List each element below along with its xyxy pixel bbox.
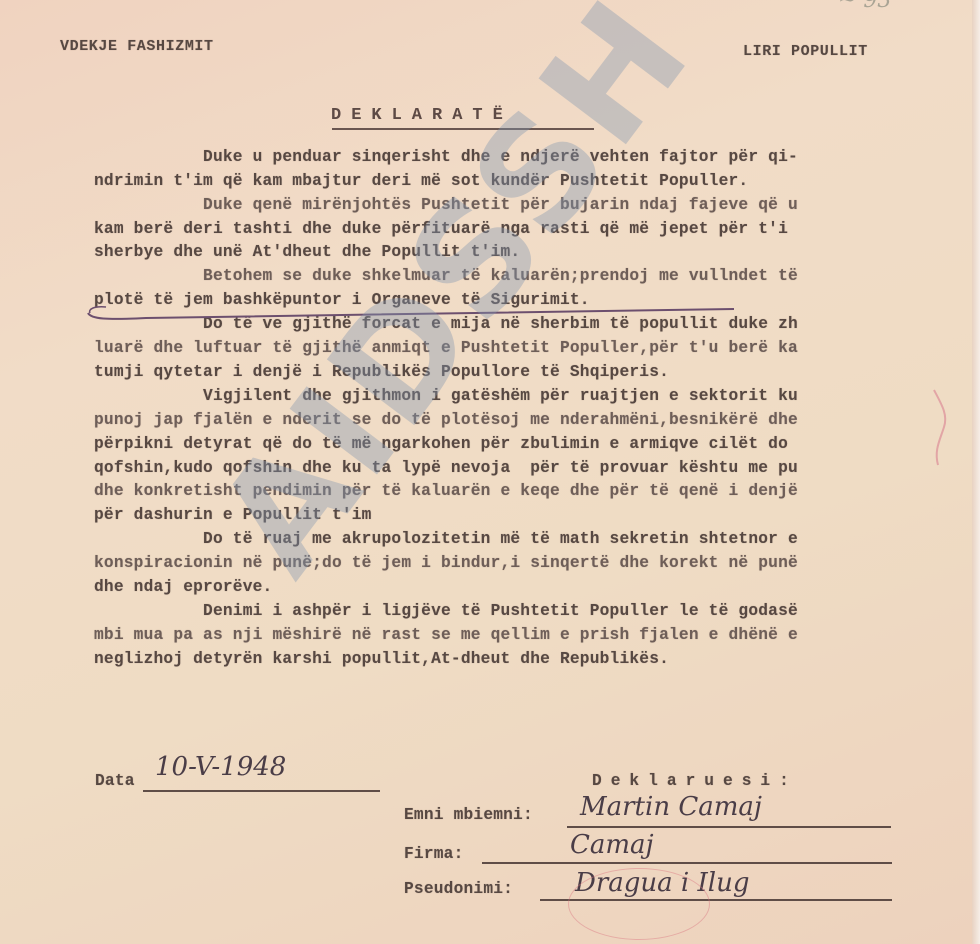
- body-line: përpikni detyrat që do të më ngarkohen p…: [94, 435, 788, 453]
- field-value-name: Martin Camaj: [580, 792, 762, 822]
- field-label-name: Emni mbiemni:: [404, 806, 533, 824]
- page-edge: [972, 0, 980, 944]
- body-line: konspiracionin në punë;do të jem i bindu…: [94, 554, 798, 572]
- header-right-slogan: LIRI POPULLIT: [743, 43, 868, 60]
- date-line: [143, 790, 380, 792]
- document-title: DEKLARATË: [331, 106, 513, 125]
- body-line: dhe konkretisht pendimin për të kaluarën…: [94, 482, 798, 500]
- body-line: sherbye dhe unë At'dheut dhe Popullit t'…: [94, 243, 520, 261]
- date-label: Data: [95, 772, 135, 790]
- body-line: neglizhoj detyrën karshi popullit,At-dhe…: [94, 650, 669, 668]
- body-line: luarë dhe luftuar të gjithë anmiqt e Pus…: [94, 339, 798, 357]
- red-stamp-trace: [568, 868, 710, 940]
- field-value-signature: Camaj: [570, 830, 654, 860]
- red-pencil-mark: [928, 385, 958, 485]
- field-label-signature: Firma:: [404, 845, 464, 863]
- body-line: tumji qytetar i denjë i Republikës Popul…: [94, 363, 669, 381]
- pen-underline-mark: [86, 299, 736, 323]
- body-line: qofshin,kudo qofshin dhe ku ta lypë nevo…: [94, 459, 798, 477]
- header-left-slogan: VDEKJE FASHIZMIT: [60, 38, 214, 55]
- body-line: kam berë deri tashti dhe duke përfituarë…: [94, 220, 788, 238]
- body-line: Betohem se duke shkelmuar të kaluarën;pr…: [94, 267, 798, 285]
- body-line: punoj jap fjalën e nderit se do të plotë…: [94, 411, 798, 429]
- date-value: 10-V-1948: [155, 752, 286, 782]
- title-underline: [332, 128, 594, 130]
- field-line-signature: [482, 862, 892, 864]
- declarant-heading: Deklaruesi:: [592, 772, 798, 790]
- body-line: Denimi i ashpër i ligjëve të Pushtetit P…: [94, 602, 798, 620]
- body-line: dhe ndaj eprorëve.: [94, 578, 272, 596]
- body-line: për dashurin e Popullit t'im: [94, 506, 372, 524]
- body-line: Do të ruaj me akrupolozitetin më të math…: [94, 530, 798, 548]
- field-line-name: [567, 826, 891, 828]
- body-line: ndrimin t'im që kam mbajtur deri më sot …: [94, 172, 748, 190]
- body-line: Duke u penduar sinqerisht dhe e ndjerë v…: [94, 148, 798, 166]
- body-line: Duke qenë mirënjohtës Pushtetit për buja…: [94, 196, 798, 214]
- body-line: mbi mua pa as nji mëshirë në rast se me …: [94, 626, 798, 644]
- margin-handwritten-note: ~ 93: [838, 0, 891, 13]
- field-label-pseudonym: Pseudonimi:: [404, 880, 513, 898]
- body-line: Vigjilent dhe gjithmon i gatëshëm për ru…: [94, 387, 798, 405]
